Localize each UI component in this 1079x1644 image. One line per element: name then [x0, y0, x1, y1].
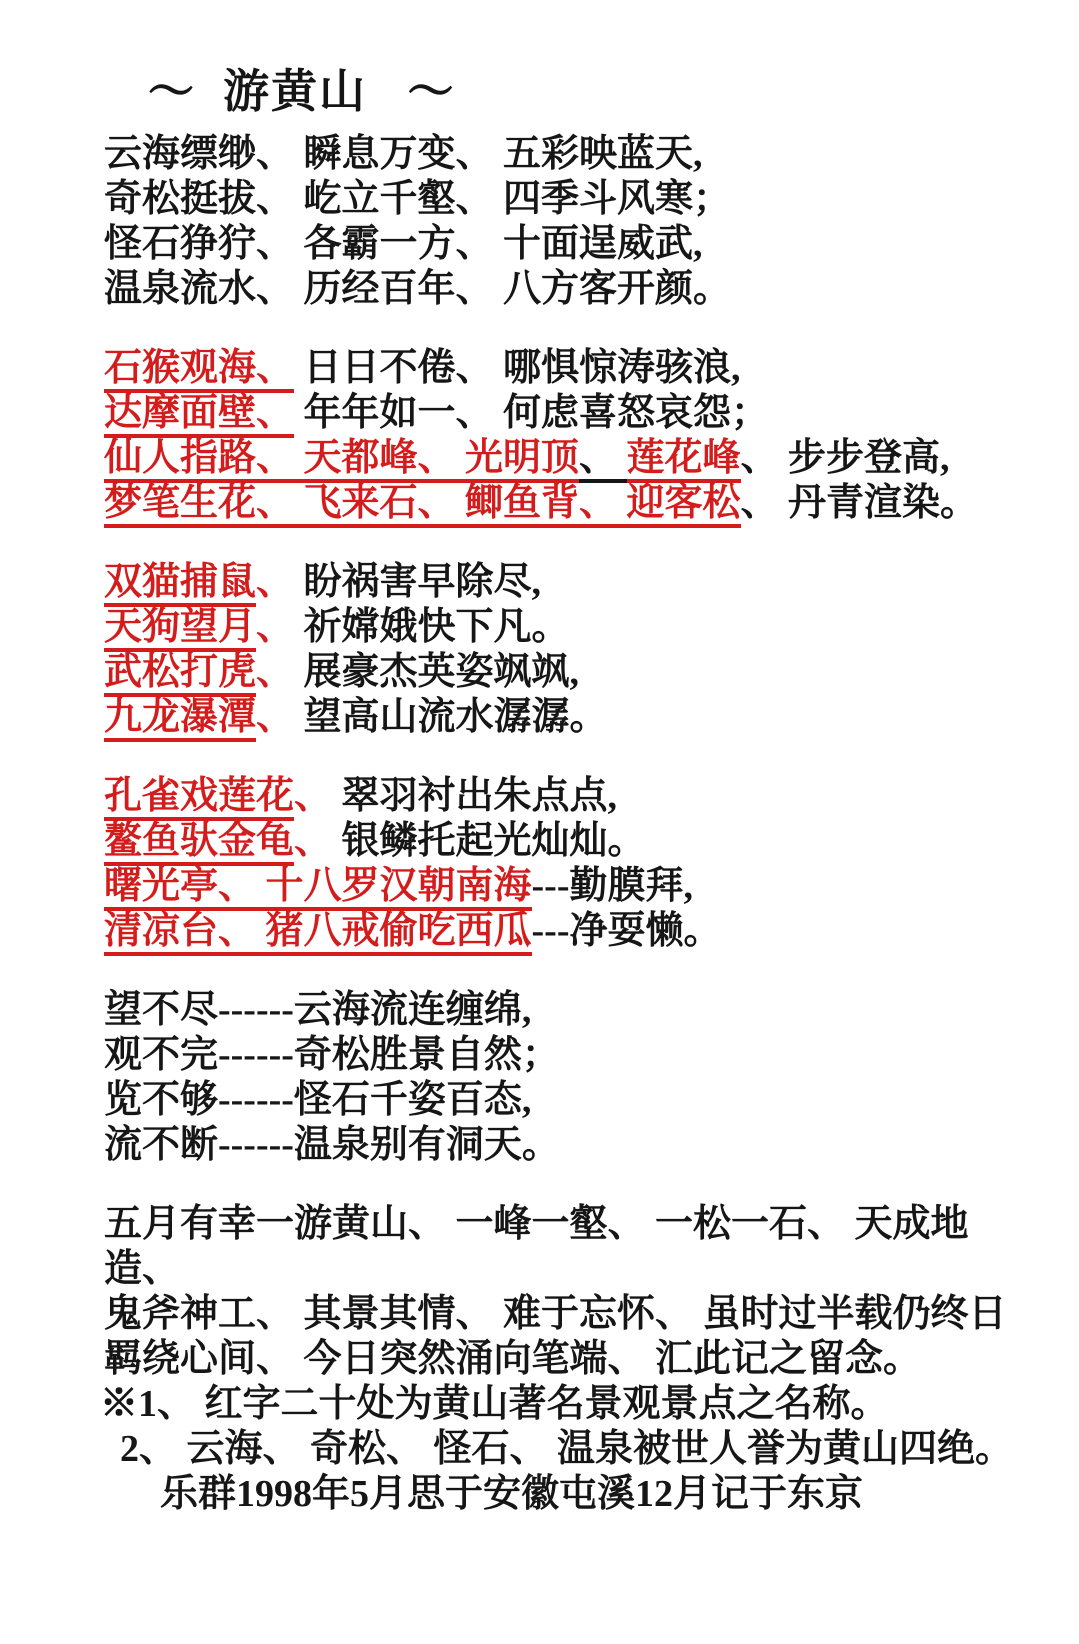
text-segment: 鬼斧神工、 其景其情、 难于忘怀、 虽时过半载仍终日: [104, 1293, 1007, 1335]
text-segment: 2、 云海、 奇松、 怪石、 温泉被世人誉为黄山四绝。: [120, 1428, 1013, 1470]
scenic-spot-name: 石猴观海、: [104, 347, 294, 393]
text-segment: ---勤膜拜,: [532, 865, 693, 907]
stanza-peaks: 石猴观海、 日日不倦、 哪惧惊涛骇浪,达摩面壁、 年年如一、 何虑喜怒哀怨；仙人…: [104, 346, 1059, 526]
text-line: 双猫捕鼠、 盼祸害早除尽,: [104, 560, 1059, 605]
text-segment: 乐群1998年5月思于安徽屯溪12月记于东京: [160, 1473, 863, 1515]
scenic-spot-name: 鳌鱼驮金龟: [104, 820, 294, 866]
text-line: 鳌鱼驮金龟、 银鳞托起光灿灿。: [104, 819, 1059, 864]
text-line: 2、 云海、 奇松、 怪石、 温泉被世人誉为黄山四绝。: [120, 1427, 1059, 1472]
scenic-spot-name: 曙光亭、 十八罗汉朝南海: [104, 865, 532, 911]
text-segment: 览不够------怪石千姿百态,: [104, 1079, 531, 1121]
text-line: 孔雀戏莲花、 翠羽衬出朱点点,: [104, 774, 1059, 819]
scenic-spot-name: 梦笔生花、 飞来石、 鲫鱼背、 迎客松: [104, 482, 741, 528]
text-line: 九龙瀑潭、 望高山流水潺潺。: [104, 695, 1059, 740]
scenic-spot-name: 天狗望月: [104, 606, 256, 652]
text-segment: 、 步步登高,: [741, 437, 950, 479]
scenic-spot-name: 九龙瀑潭: [104, 696, 256, 742]
poem-body: 云海缥缈、 瞬息万变、 五彩映蓝天,奇松挺拔、 屹立千壑、 四季斗风寒；怪石狰狞…: [104, 132, 1059, 1517]
text-line: 武松打虎、 展豪杰英姿飒飒,: [104, 650, 1059, 695]
text-line: 流不断------温泉别有洞天。: [104, 1123, 1059, 1168]
text-segment: 望不尽------云海流连缠绵,: [104, 989, 531, 1031]
text-line: 怪石狰狞、 各霸一方、 十面逞威武,: [104, 222, 1059, 267]
stanza-endless: 望不尽------云海流连缠绵,观不完------奇松胜景自然；览不够-----…: [104, 988, 1059, 1168]
text-segment: 云海缥缈、 瞬息万变、 五彩映蓝天,: [104, 133, 703, 175]
poem-page: ～ 游黄山 ～ 云海缥缈、 瞬息万变、 五彩映蓝天,奇松挺拔、 屹立千壑、 四季…: [0, 0, 1079, 1644]
text-line: 仙人指路、 天都峰、 光明顶、 莲花峰、 步步登高,: [104, 436, 1059, 481]
text-line: 览不够------怪石千姿百态,: [104, 1078, 1059, 1123]
text-segment: 翠羽衬出朱点点,: [332, 775, 617, 817]
text-segment: 展豪杰英姿飒飒,: [294, 651, 579, 693]
text-line: 清凉台、 猪八戒偷吃西瓜---净耍懒。: [104, 909, 1059, 954]
text-line: 羁绕心间、 今日突然涌向笔端、 汇此记之留念。: [104, 1337, 1059, 1382]
scenic-spot-name: 武松打虎: [104, 651, 256, 697]
scenic-spot-name: 、: [256, 606, 294, 648]
text-line: 云海缥缈、 瞬息万变、 五彩映蓝天,: [104, 132, 1059, 177]
text-line: 奇松挺拔、 屹立千壑、 四季斗风寒；: [104, 177, 1059, 222]
text-segment: 羁绕心间、 今日突然涌向笔端、 汇此记之留念。: [104, 1338, 921, 1380]
scenic-spot-name: 、: [294, 775, 332, 817]
text-line: 曙光亭、 十八罗汉朝南海---勤膜拜,: [104, 864, 1059, 909]
stanza-epilogue-and-notes: 五月有幸一游黄山、 一峰一壑、 一松一石、 天成地造、鬼斧神工、 其景其情、 难…: [104, 1202, 1059, 1517]
text-line: 达摩面壁、 年年如一、 何虑喜怒哀怨；: [104, 391, 1059, 436]
text-line: 五月有幸一游黄山、 一峰一壑、 一松一石、 天成地: [104, 1202, 1059, 1247]
text-line: 鬼斧神工、 其景其情、 难于忘怀、 虽时过半载仍终日: [104, 1292, 1059, 1337]
scenic-spot-name: 仙人指路、 天都峰、 光明顶: [104, 437, 579, 483]
page-title: ～ 游黄山 ～: [148, 64, 1059, 120]
scenic-spot-name: 清凉台、 猪八戒偷吃西瓜: [104, 910, 532, 956]
text-line: 乐群1998年5月思于安徽屯溪12月记于东京: [160, 1472, 1059, 1517]
text-segment: 观不完------奇松胜景自然；: [104, 1034, 560, 1076]
text-line: 天狗望月、 祈嫦娥快下凡。: [104, 605, 1059, 650]
scenic-spot-name: 莲花峰: [627, 437, 741, 483]
text-segment: 造、: [104, 1248, 180, 1290]
text-line: 望不尽------云海流连缠绵,: [104, 988, 1059, 1033]
text-segment: 年年如一、 何虑喜怒哀怨；: [294, 392, 769, 434]
text-line: 梦笔生花、 飞来石、 鲫鱼背、 迎客松、 丹青渲染。: [104, 481, 1059, 526]
text-segment: 盼祸害早除尽,: [294, 561, 541, 603]
text-line: 温泉流水、 历经百年、 八方客开颜。: [104, 267, 1059, 312]
text-line: 观不完------奇松胜景自然；: [104, 1033, 1059, 1078]
text-line: 造、: [104, 1247, 1059, 1292]
text-segment: 五月有幸一游黄山、 一峰一壑、 一松一石、 天成地: [104, 1203, 969, 1245]
scenic-spot-name: 双猫捕鼠: [104, 561, 256, 607]
stanza-four-wonders: 云海缥缈、 瞬息万变、 五彩映蓝天,奇松挺拔、 屹立千壑、 四季斗风寒；怪石狰狞…: [104, 132, 1059, 312]
text-segment: 、: [579, 437, 627, 483]
text-segment: ---净耍懒。: [532, 910, 722, 952]
text-line: ※1、 红字二十处为黄山著名景观景点之名称。: [100, 1382, 1059, 1427]
scenic-spot-name: 、: [256, 561, 294, 603]
stanza-rock-figures: 双猫捕鼠、 盼祸害早除尽,天狗望月、 祈嫦娥快下凡。武松打虎、 展豪杰英姿飒飒,…: [104, 560, 1059, 740]
scenic-spot-name: 、: [256, 696, 294, 738]
text-segment: 日日不倦、 哪惧惊涛骇浪,: [294, 347, 741, 389]
text-segment: ※1、 红字二十处为黄山著名景观景点之名称。: [100, 1383, 889, 1425]
text-segment: 奇松挺拔、 屹立千壑、 四季斗风寒；: [104, 178, 731, 220]
text-segment: 望高山流水潺潺。: [294, 696, 608, 738]
scenic-spot-name: 、: [256, 651, 294, 693]
text-segment: 银鳞托起光灿灿。: [332, 820, 646, 862]
scenic-spot-name: 孔雀戏莲花: [104, 775, 294, 821]
text-segment: 祈嫦娥快下凡。: [294, 606, 570, 648]
text-segment: 温泉流水、 历经百年、 八方客开颜。: [104, 268, 731, 310]
scenic-spot-name: 、: [294, 820, 332, 862]
text-segment: 怪石狰狞、 各霸一方、 十面逞威武,: [104, 223, 703, 265]
scenic-spot-name: 达摩面壁、: [104, 392, 294, 438]
text-line: 石猴观海、 日日不倦、 哪惧惊涛骇浪,: [104, 346, 1059, 391]
text-segment: 流不断------温泉别有洞天。: [104, 1124, 560, 1166]
stanza-scenic-pairs: 孔雀戏莲花、 翠羽衬出朱点点,鳌鱼驮金龟、 银鳞托起光灿灿。曙光亭、 十八罗汉朝…: [104, 774, 1059, 954]
text-segment: 、 丹青渲染。: [741, 482, 979, 524]
